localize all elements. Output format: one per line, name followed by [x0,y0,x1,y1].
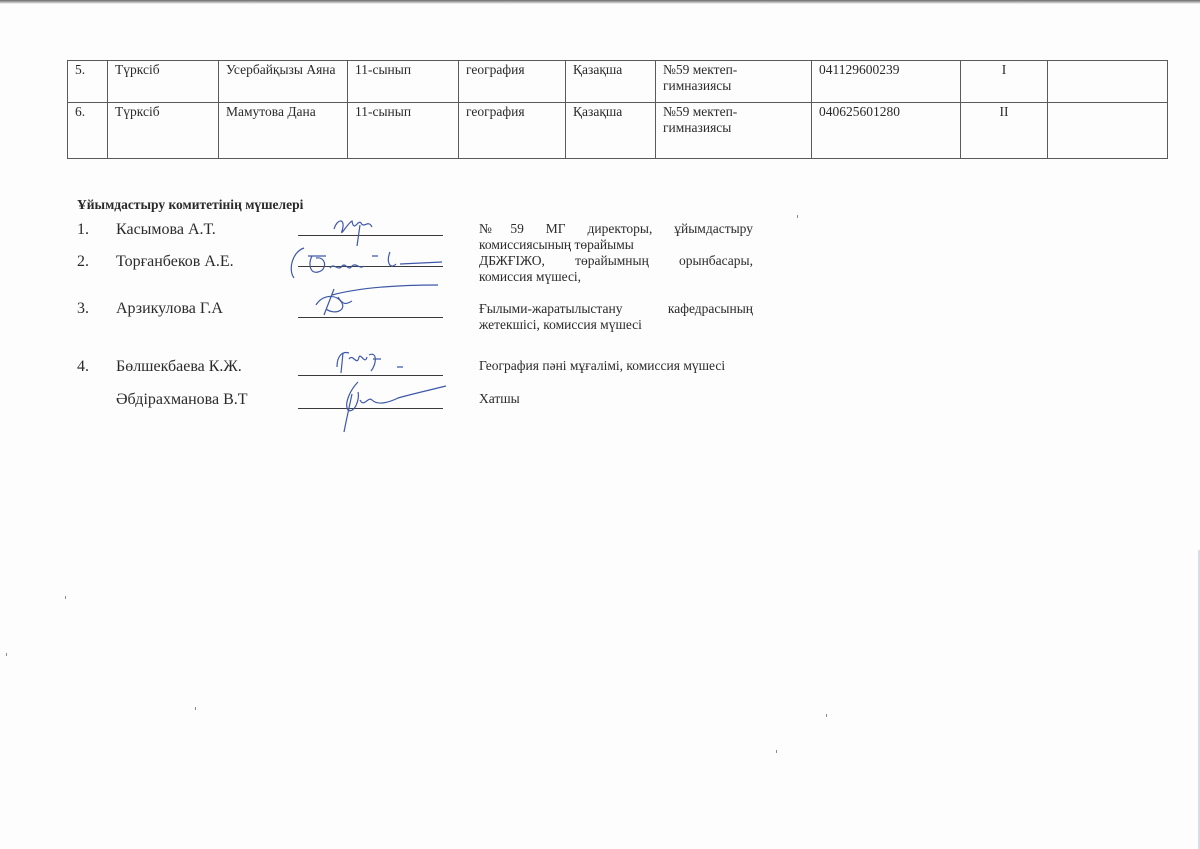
cell-place: I [961,61,1048,103]
cell-number: 5. [68,61,108,103]
scan-speck [776,750,777,753]
scan-edge-top [0,0,1200,4]
cell-iin: 040625601280 [812,103,961,159]
cell-district: Түрксіб [108,103,219,159]
member-role: ДБЖҒІЖО, төрайымның орынбасары, комиссия… [479,253,753,285]
scan-speck [826,714,827,717]
member-role: География пәні мұғалімі, комиссия мүшесі [479,358,753,374]
cell-student-name: Мамутова Дана [219,103,348,159]
member-role: Хатшы [479,391,753,407]
scan-speck [6,653,7,656]
signature-mark [286,244,446,284]
member-role: №59 МГ директоры, ұйымдастыру комиссиясы… [479,221,753,253]
cell-subject: география [459,103,566,159]
member-number: 2. [77,253,89,271]
member-name: Торғанбеков А.Е. [116,253,234,271]
committee-section: Ұйымдастыру комитетінің мүшелері [77,197,303,213]
cell-school: №59 мектеп-гимназиясы [656,103,812,159]
scan-speck [65,596,66,599]
signature-mark [330,213,380,248]
cell-grade: 11-сынып [348,103,459,159]
cell-district: Түрксіб [108,61,219,103]
scan-speck [797,215,798,218]
scan-speck [195,707,196,710]
member-name: Арзикулова Г.А [116,300,223,318]
cell-language: Қазақша [566,61,656,103]
cell-language: Қазақша [566,103,656,159]
table-row: 6. Түрксіб Мамутова Дана 11-сынып геогра… [68,103,1168,159]
cell-student-name: Усербайқызы Аяна [219,61,348,103]
signature-mark [333,345,413,379]
cell-subject: география [459,61,566,103]
signature-mark [338,380,448,435]
cell-place: II [961,103,1048,159]
member-name: Әбдірахманова В.Т [116,391,248,409]
member-number: 4. [77,358,89,376]
committee-title: Ұйымдастыру комитетінің мүшелері [77,197,303,213]
cell-iin: 041129600239 [812,61,961,103]
cell-note [1048,61,1168,103]
cell-note [1048,103,1168,159]
table-row: 5. Түрксіб Усербайқызы Аяна 11-сынып гео… [68,61,1168,103]
member-number: 3. [77,300,89,318]
cell-number: 6. [68,103,108,159]
results-table: 5. Түрксіб Усербайқызы Аяна 11-сынып гео… [67,60,1168,159]
cell-school: №59 мектеп-гимназиясы [656,61,812,103]
member-name: Бөлшекбаева К.Ж. [116,358,242,376]
signature-mark [312,283,442,319]
member-number: 1. [77,221,89,239]
member-role: Ғылыми-жаратылыстану кафедрасының жетекш… [479,301,753,333]
cell-grade: 11-сынып [348,61,459,103]
member-name: Касымова А.Т. [116,221,216,239]
